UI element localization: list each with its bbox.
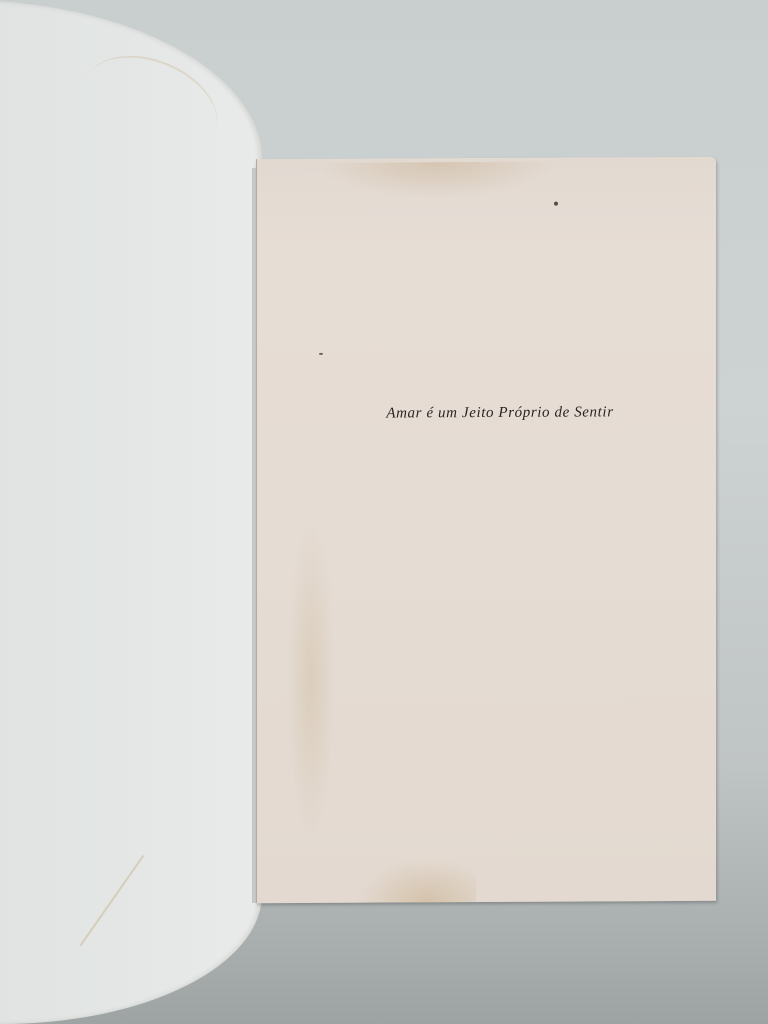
paper-speck [554,202,558,206]
paper-speck [319,353,323,355]
page-stain [356,858,476,903]
right-title-page: Amar é um Jeito Próprio de Sentir [256,157,716,903]
page-stain [68,37,232,175]
page-edge [256,159,257,903]
photo-scene: Amar é um Jeito Próprio de Sentir [0,0,768,1024]
page-stain [286,519,336,839]
book-title: Amar é um Jeito Próprio de Sentir [256,404,716,423]
page-stain [79,855,242,1015]
left-book-page [0,0,262,1024]
page-stain [316,162,556,199]
